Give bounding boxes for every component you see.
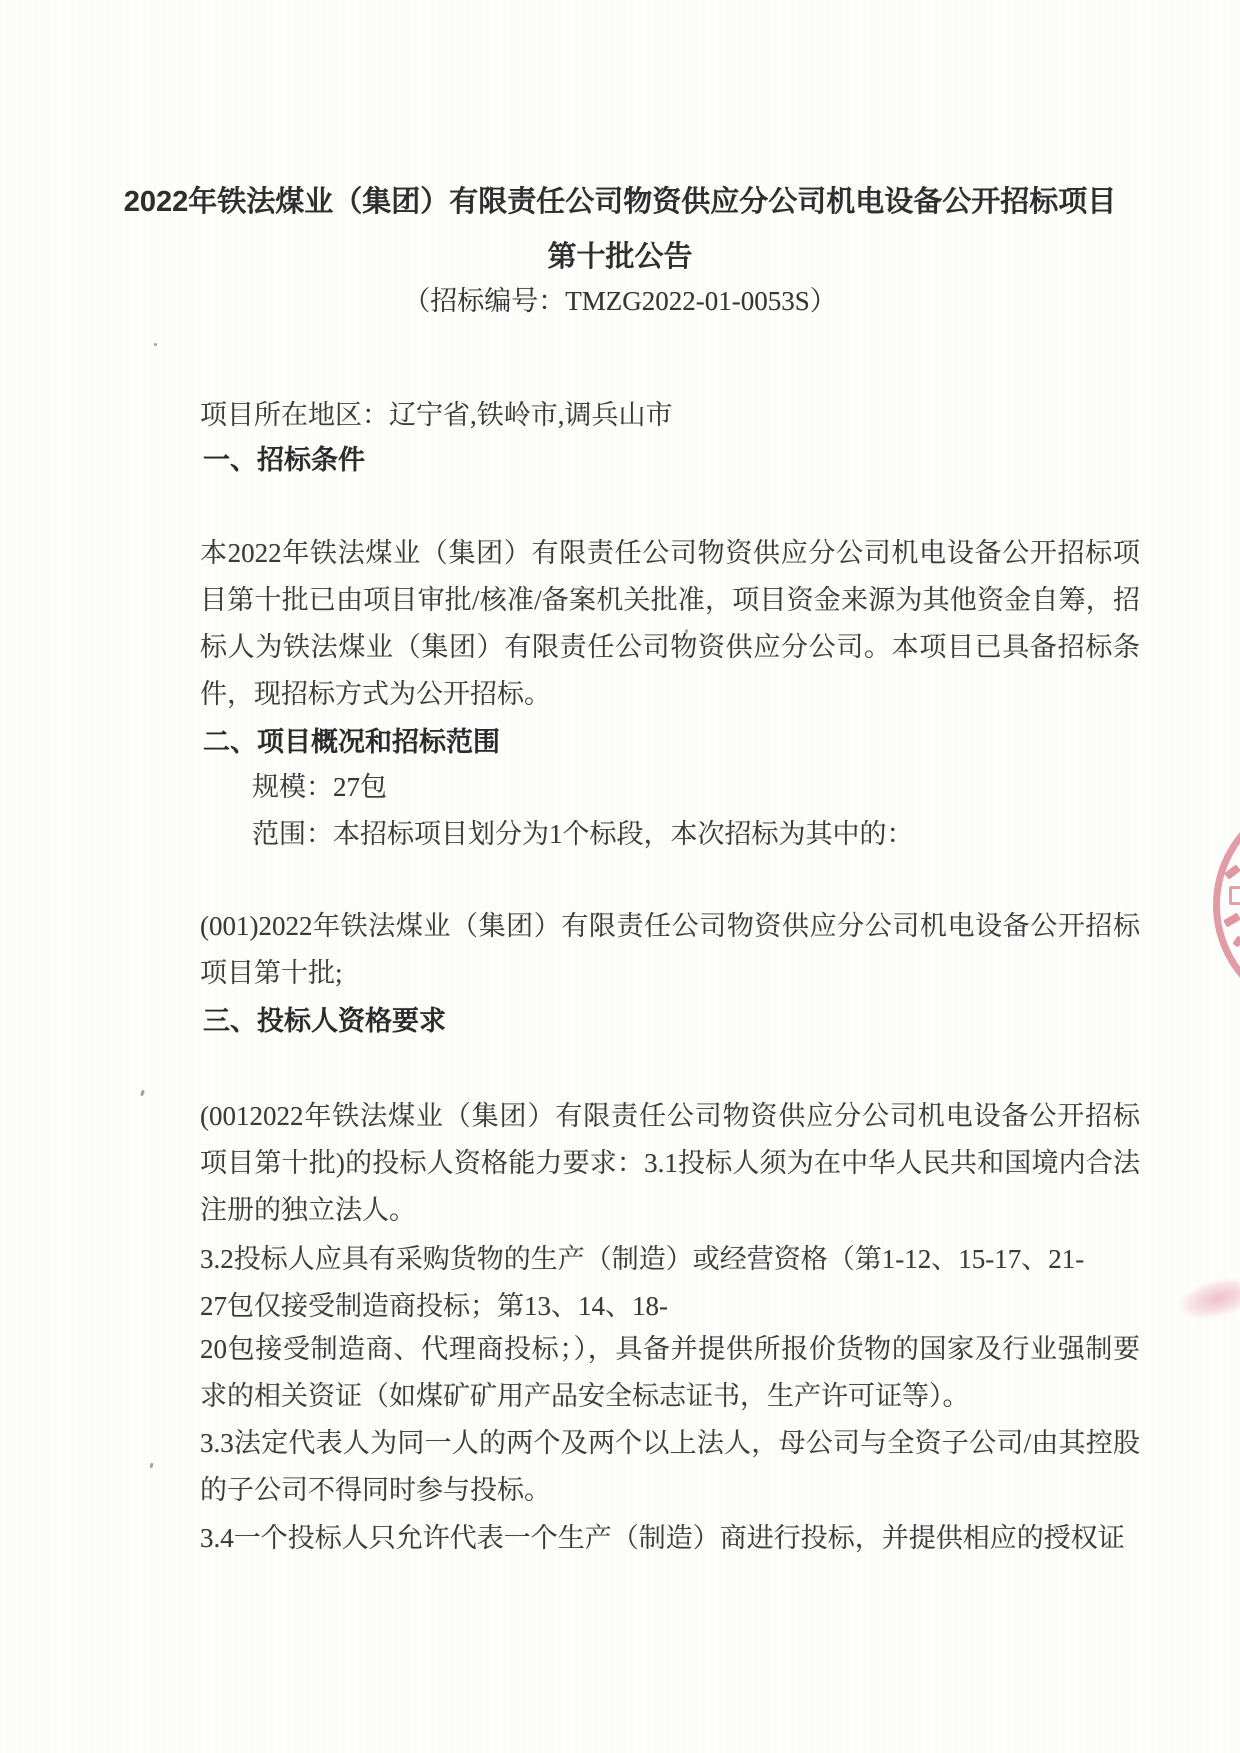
- requirement-3-3-paragraph: 3.3法定代表人为同一人的两个及两个以上法人，母公司与全资子公司/由其控股的子公…: [200, 1420, 1140, 1514]
- pink-ink-smudge: [1177, 1276, 1240, 1324]
- section2-heading: 二、项目概况和招标范围: [203, 726, 500, 758]
- section1-heading: 一、招标条件: [203, 444, 365, 476]
- document-title-line2: 第十批公告: [0, 241, 1240, 274]
- qualification-intro-paragraph: (0012022年铁法煤业（集团）有限责任公司物资供应分公司机电设备公开招标项目…: [200, 1093, 1140, 1234]
- scan-speck: [140, 1090, 145, 1097]
- scale-line: 规模：27包: [252, 764, 387, 811]
- red-seal-stamp-arc: [1213, 793, 1240, 1017]
- requirement-3-4-line: 3.4一个投标人只允许代表一个生产（制造）商进行投标，并提供相应的授权证: [200, 1515, 1125, 1562]
- requirement-3-2-line3: 20包接受制造商、代理商投标；），具备并提供所报价货物的国家及行业强制要求的相关…: [200, 1326, 1140, 1420]
- scan-speck: [685, 629, 688, 633]
- document-title-line1: 2022年铁法煤业（集团）有限责任公司物资供应分公司机电设备公开招标项目: [0, 186, 1240, 219]
- tender-number-line: （招标编号：TMZG2022-01-0053S）: [0, 286, 1240, 317]
- scanned-document-page: 2022年铁法煤业（集团）有限责任公司物资供应分公司机电设备公开招标项目 第十批…: [0, 0, 1240, 1753]
- red-seal-stamp-glyph: [1229, 886, 1240, 905]
- scope-line: 范围：本招标项目划分为1个标段，本次招标为其中的：: [252, 811, 914, 858]
- lot-description-paragraph: (001)2022年铁法煤业（集团）有限责任公司物资供应分公司机电设备公开招标项…: [200, 903, 1140, 997]
- section3-heading: 三、投标人资格要求: [203, 1005, 446, 1037]
- section1-body-paragraph: 本2022年铁法煤业（集团）有限责任公司物资供应分公司机电设备公开招标项目第十批…: [200, 530, 1140, 718]
- scan-speck: [150, 1463, 154, 1469]
- project-location-line: 项目所在地区：辽宁省,铁岭市,调兵山市: [200, 392, 673, 439]
- scan-speck: [154, 343, 157, 346]
- requirement-3-2-line1: 3.2投标人应具有采购货物的生产（制造）或经营资格（第1-12、15-17、21…: [200, 1236, 1084, 1283]
- requirement-3-2-line2: 27包仅接受制造商投标；第13、14、18-: [200, 1283, 668, 1330]
